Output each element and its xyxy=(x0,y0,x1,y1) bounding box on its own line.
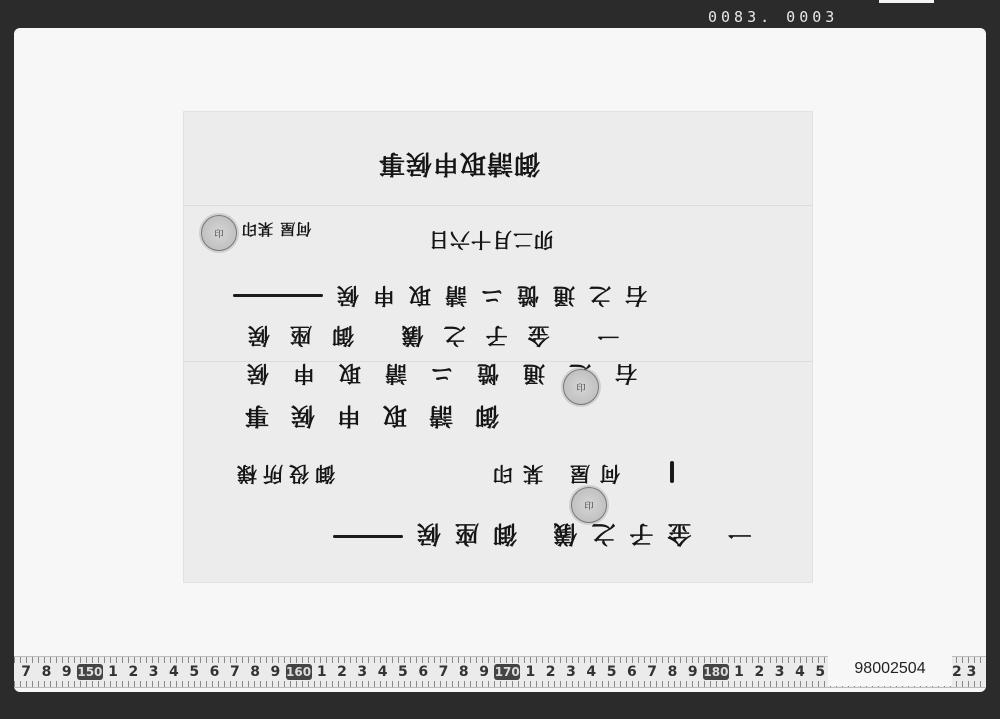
ruler-tail-labels: 2 3 xyxy=(952,664,976,680)
manuscript-line-addressee: 御役所様 xyxy=(231,461,335,490)
ruler-label: 7 xyxy=(642,664,662,680)
ruler-label: 4 xyxy=(372,664,392,680)
ink-dash-stroke xyxy=(333,535,403,538)
seal-stamp: 印 xyxy=(563,369,599,405)
manuscript-line-body-1: 右之通慥ニ請取申候 xyxy=(323,281,647,312)
manuscript-line-body-2: 一 金子之儀 御座候 xyxy=(228,321,619,352)
ruler-major-label: 170 xyxy=(494,664,520,680)
ruler-label: 6 xyxy=(413,664,433,680)
frame-number: 0083. 0003 xyxy=(708,8,838,26)
seal-stamp: 印 xyxy=(571,487,607,523)
ruler-label: 4 xyxy=(581,664,601,680)
manuscript-sheet: 御請取申候事 卯二月十六日 印 何屋 某印 右之通慥ニ請取申候 一 金子之儀 御… xyxy=(183,111,813,583)
ruler-label: 2 xyxy=(749,664,769,680)
seal-stamp: 印 xyxy=(201,215,237,251)
manuscript-line-body-4: 御請取申候事 xyxy=(223,401,499,436)
ink-item-mark xyxy=(670,461,674,483)
ruler-label: 4 xyxy=(790,664,810,680)
manuscript-line-heading: 御請取申候事 xyxy=(378,147,540,184)
ruler-numbers: 7 8 9 150 1 2 3 4 5 6 7 8 9 160 1 2 3 4 … xyxy=(16,664,851,680)
fold-line xyxy=(183,205,813,206)
ruler-label: 2 xyxy=(123,664,143,680)
ruler-label: 7 xyxy=(16,664,36,680)
ruler-label: 2 xyxy=(332,664,352,680)
ruler-label: 6 xyxy=(204,664,224,680)
ruler-label: 3 xyxy=(770,664,790,680)
ruler-label: 4 xyxy=(164,664,184,680)
ruler-label: 5 xyxy=(184,664,204,680)
ruler-label: 9 xyxy=(683,664,703,680)
ruler-label: 1 xyxy=(520,664,540,680)
scan-mount: 御請取申候事 卯二月十六日 印 何屋 某印 右之通慥ニ請取申候 一 金子之儀 御… xyxy=(14,28,986,692)
ruler-label: 1 xyxy=(312,664,332,680)
ruler-major-label: 150 xyxy=(77,664,103,680)
ruler-label: 9 xyxy=(265,664,285,680)
ink-dash-stroke xyxy=(233,294,323,297)
film-frame-tab xyxy=(879,0,934,3)
ruler-label: 3 xyxy=(143,664,163,680)
ruler-label: 5 xyxy=(393,664,413,680)
ruler-label: 8 xyxy=(454,664,474,680)
catalog-id-label: 98002504 xyxy=(828,652,952,686)
manuscript-line-date: 卯二月十六日 xyxy=(428,227,554,256)
ruler-label: 1 xyxy=(729,664,749,680)
manuscript-signature: 何屋 某印 xyxy=(241,219,311,240)
ruler-label: 6 xyxy=(622,664,642,680)
ruler-label: 1 xyxy=(103,664,123,680)
ruler-label: 3 xyxy=(561,664,581,680)
ruler-label: 9 xyxy=(474,664,494,680)
ruler-label: 7 xyxy=(433,664,453,680)
ruler-major-label: 160 xyxy=(286,664,312,680)
ruler-label: 7 xyxy=(225,664,245,680)
ruler-label: 8 xyxy=(36,664,56,680)
ruler-label: 8 xyxy=(662,664,682,680)
ruler-label: 9 xyxy=(57,664,77,680)
ruler-label: 8 xyxy=(245,664,265,680)
manuscript-line-closing: 一 金子之儀 御座候 xyxy=(403,519,752,554)
ruler-label: 5 xyxy=(601,664,621,680)
manuscript-line-item: 何屋 某印 xyxy=(483,461,620,490)
ruler-major-label: 180 xyxy=(703,664,729,680)
ruler-label: 3 xyxy=(352,664,372,680)
ruler-label: 2 xyxy=(541,664,561,680)
